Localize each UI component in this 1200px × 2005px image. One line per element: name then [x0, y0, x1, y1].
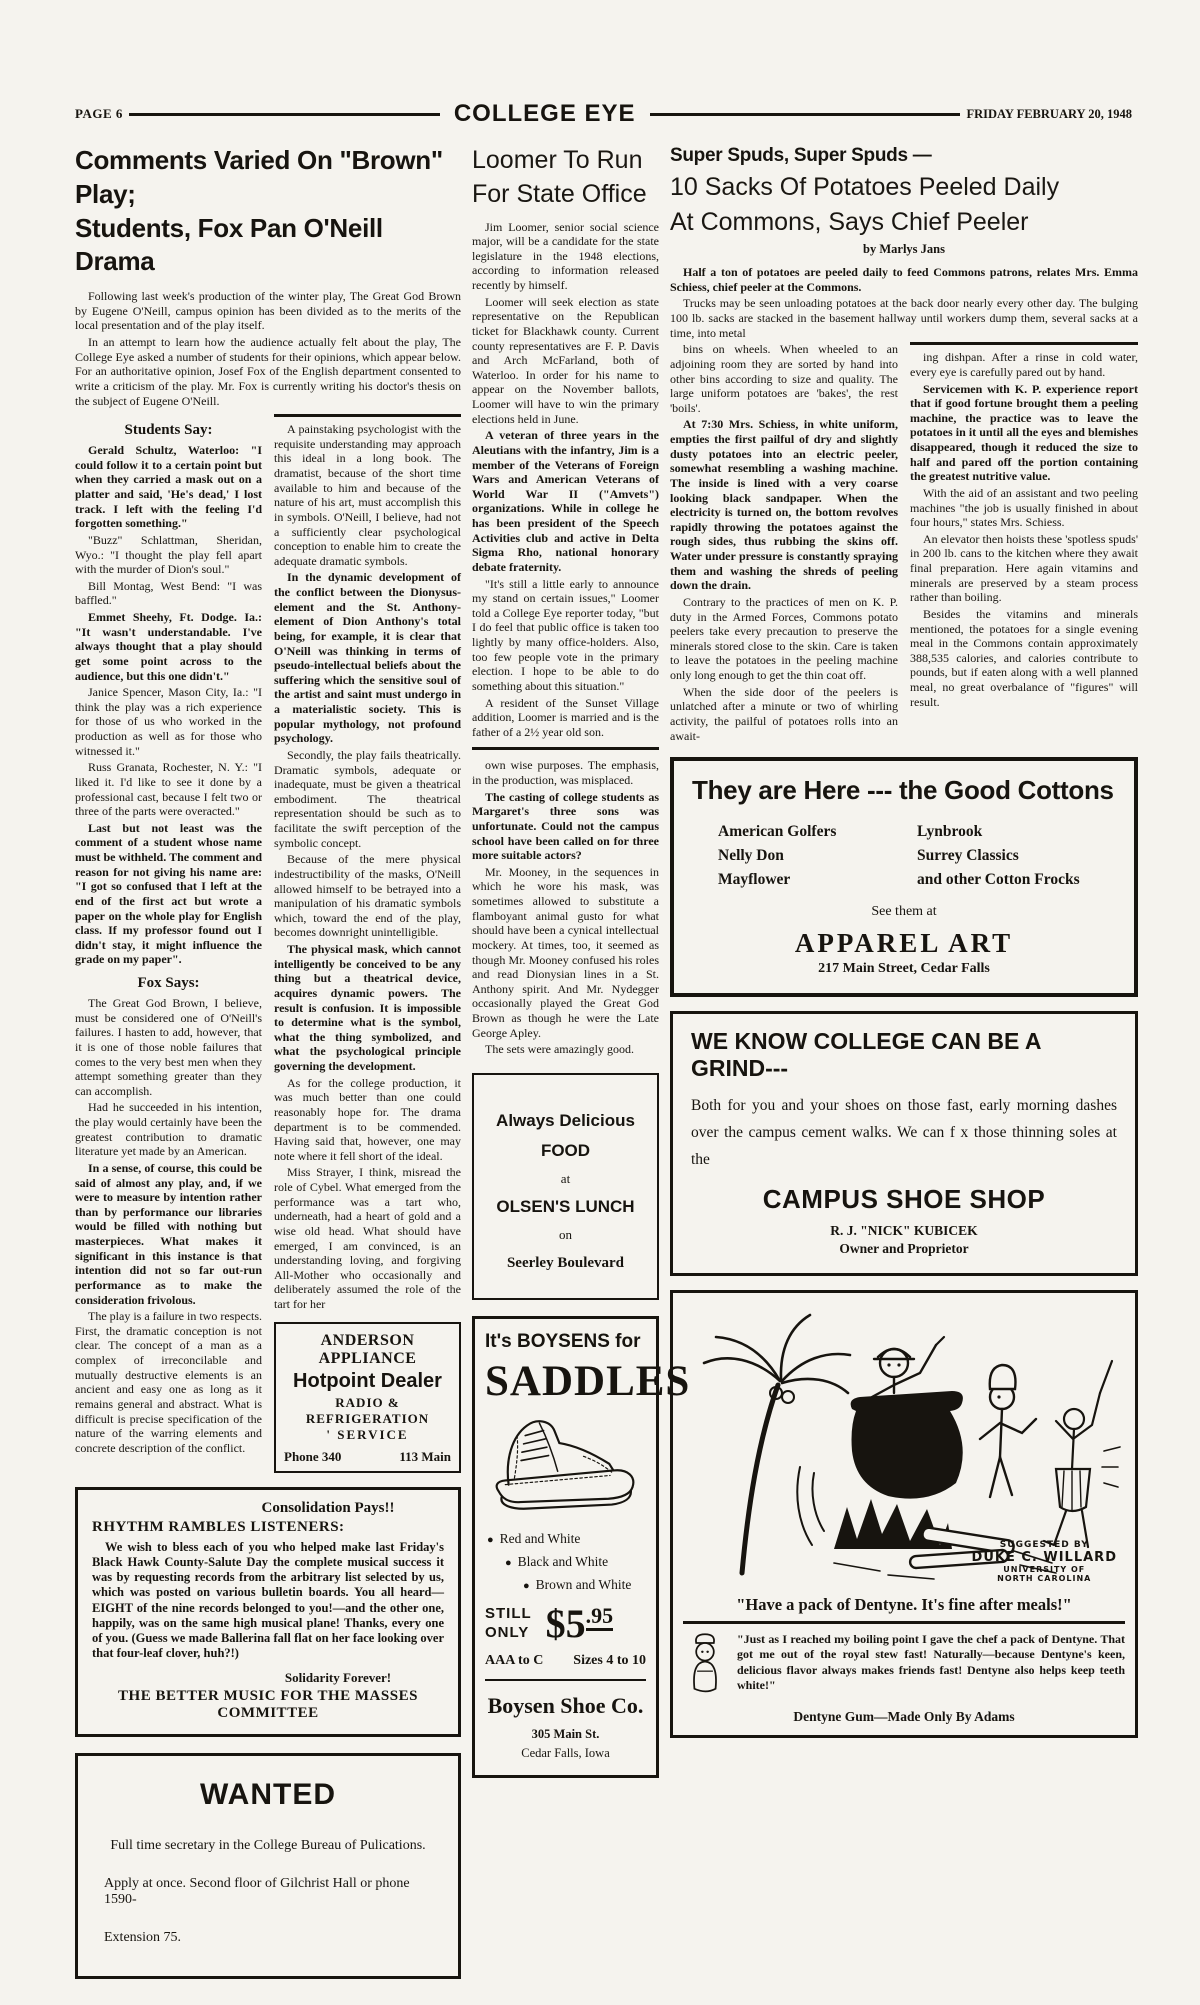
loomer-headline: Loomer To Run For State Office [472, 144, 659, 212]
paragraph: Mr. Mooney, in the sequences in which he… [472, 865, 659, 1041]
cottons-title: They are Here --- the Good Cottons [692, 775, 1116, 806]
apparel-art-address: 217 Main Street, Cedar Falls [692, 961, 1116, 977]
paragraph: Russ Granata, Rochester, N. Y.: "I liked… [75, 760, 262, 819]
paragraph: ing dishpan. After a rinse in cold water… [910, 350, 1138, 379]
chef-ghost-icon [683, 1632, 727, 1703]
brown-play-col1: Students Say: Gerald Schultz, Waterloo: … [75, 414, 262, 1473]
paragraph: "Buzz" Schlattman, Sheridan, Wyo.: "I th… [75, 533, 262, 577]
page-number: PAGE 6 [75, 106, 123, 122]
dentyne-footer: Dentyne Gum—Made Only By Adams [683, 1709, 1125, 1725]
super-spuds-col2: ing dishpan. After a rinse in cold water… [910, 342, 1138, 745]
boysens-saddles-ad: It's BOYSENS for SADDLES [472, 1316, 659, 1778]
newspaper-page: PAGE 6 COLLEGE EYE FRIDAY FEBRUARY 20, 1… [0, 0, 1200, 2005]
byline: by Marlys Jans [670, 242, 1138, 257]
paragraph: In a sense, of course, this could be sai… [75, 1161, 262, 1307]
paragraph: Janice Spencer, Mason City, Ia.: "I thin… [75, 685, 262, 758]
rhythm-sig2: THE BETTER MUSIC FOR THE MASSES COMMITTE… [92, 1688, 444, 1722]
olsens-street: Seerley Boulevard [482, 1255, 649, 1272]
paragraph: When the side door of the peelers is unl… [670, 685, 898, 744]
dentyne-cartoon: SUGGESTED BY DUKE C. WILLARD UNIVERSITY … [683, 1301, 1125, 1589]
paragraph: In an attempt to learn how the audience … [75, 335, 461, 408]
paragraph: A resident of the Sunset Village additio… [472, 696, 659, 740]
paragraph: At 7:30 Mrs. Schiess, in white uniform, … [670, 417, 898, 593]
bullet-icon: ● [487, 1534, 494, 1546]
super-spuds-headline: Super Spuds, Super Spuds — 10 Sacks Of P… [670, 144, 1138, 240]
paragraph: Lynbrook [917, 820, 1116, 844]
paragraph: The Great God Brown, I believe, must be … [75, 996, 262, 1098]
paragraph: The sets were amazingly good. [472, 1042, 659, 1057]
newspaper-title: COLLEGE EYE [446, 100, 644, 128]
fox-says-heading: Fox Says: [75, 975, 262, 992]
brown-play-col2: A painstaking psychologist with the requ… [274, 414, 461, 1473]
brown-play-intro: Following last week's production of the … [75, 289, 461, 408]
masthead-rule-right [650, 113, 961, 116]
middle-column: Loomer To Run For State Office Jim Loome… [472, 144, 659, 1778]
paragraph: A painstaking psychologist with the requ… [274, 422, 461, 568]
saddle-shoe-illustration [485, 1408, 646, 1523]
paragraph: Loomer will seek election as state repre… [472, 295, 659, 427]
paragraph: Gerald Schultz, Waterloo: "I could follo… [75, 443, 262, 531]
masthead-rule-left [129, 113, 440, 116]
paragraph: As for the college production, it was mu… [274, 1076, 461, 1164]
campus-shoe-shop-name: CAMPUS SHOE SHOP [691, 1184, 1117, 1215]
paragraph: Following last week's production of the … [75, 289, 461, 333]
paragraph: Besides the vitamins and minerals mentio… [910, 607, 1138, 709]
rhythm-rambles-box: Consolidation Pays!! RHYTHM RAMBLES LIST… [75, 1487, 461, 1737]
loomer-article: Jim Loomer, senior social science major,… [472, 220, 659, 740]
explorer-figure [872, 1337, 944, 1397]
super-spuds-col1: bins on wheels. When wheeled to an adjoi… [670, 342, 898, 745]
rhythm-sig1: Solidarity Forever! [232, 1670, 444, 1686]
paragraph: Emmet Sheehy, Ft. Dodge. Ia.: "It wasn't… [75, 610, 262, 683]
wanted-line1: Full time secretary in the College Burea… [104, 1838, 432, 1854]
boysens-product: SADDLES [485, 1357, 646, 1406]
dentyne-credits: SUGGESTED BY DUKE C. WILLARD UNIVERSITY … [972, 1540, 1117, 1583]
rhythm-heading: RHYTHM RAMBLES LISTENERS: [92, 1519, 444, 1536]
paragraph: Secondly, the play fails theatrically. D… [274, 748, 461, 850]
anderson-dealer: Hotpoint Dealer [284, 1370, 451, 1393]
paragraph: Because of the mere physical indestructi… [274, 852, 461, 940]
olsens-name: OLSEN'S LUNCH [482, 1197, 649, 1217]
boysens-price: STILL ONLY $5.95 [485, 1600, 646, 1647]
grind-title: WE KNOW COLLEGE CAN BE A GRIND--- [691, 1028, 1117, 1082]
rhythm-tagline: Consolidation Pays!! [212, 1500, 444, 1517]
super-spuds-columns: bins on wheels. When wheeled to an adjoi… [670, 342, 1138, 745]
dancer-figure [1044, 1361, 1120, 1547]
wanted-ad-box: WANTED Full time secretary in the Colleg… [75, 1753, 461, 1979]
paragraph: A veteran of three years in the Aleutian… [472, 428, 659, 574]
paragraph: Had he succeeded in his intention, the p… [75, 1100, 262, 1159]
olsens-lunch-ad: Always Delicious FOOD at OLSEN'S LUNCH o… [472, 1073, 659, 1300]
campus-shoe-shop-ad: WE KNOW COLLEGE CAN BE A GRIND--- Both f… [670, 1011, 1138, 1275]
paragraph: bins on wheels. When wheeled to an adjoi… [670, 342, 898, 415]
paragraph: Servicemen with K. P. experience report … [910, 382, 1138, 484]
cottons-list-left: American GolfersNelly DonMayflower [718, 820, 917, 892]
paragraph: In the dynamic development of the confli… [274, 570, 461, 746]
brown-play-columns: Students Say: Gerald Schultz, Waterloo: … [75, 414, 461, 1473]
paragraph: The play is a failure in two respects. F… [75, 1309, 262, 1455]
super-spuds-lead: Half a ton of potatoes are peeled daily … [670, 265, 1138, 340]
bullet-icon: ● [505, 1557, 512, 1569]
page-content: Comments Varied On "Brown" Play; Student… [75, 144, 1132, 1979]
apparel-art-ad: They are Here --- the Good Cottons Ameri… [670, 757, 1138, 997]
wanted-line3: Extension 75. [104, 1930, 432, 1946]
anderson-appliance-ad: ANDERSON APPLIANCE Hotpoint Dealer RADIO… [274, 1322, 461, 1473]
palm-tree-illustration [704, 1315, 850, 1573]
chef-figure [980, 1365, 1036, 1497]
anderson-address: 113 Main [399, 1449, 451, 1465]
students-say-heading: Students Say: [75, 422, 262, 439]
apparel-art-name: APPAREL ART [692, 928, 1116, 959]
paragraph: Last but not least was the comment of a … [75, 821, 262, 967]
rhythm-body: We wish to bless each of you who helped … [92, 1540, 444, 1662]
wanted-line2: Apply at once. Second floor of Gilchrist… [104, 1876, 432, 1908]
right-section: Super Spuds, Super Spuds — 10 Sacks Of P… [670, 144, 1138, 1738]
left-section: Comments Varied On "Brown" Play; Student… [75, 144, 461, 1979]
boysens-company: Boysen Shoe Co. [485, 1679, 646, 1719]
cottons-list-right: LynbrookSurrey Classicsand other Cotton … [917, 820, 1116, 892]
divider-rule [472, 747, 659, 750]
paragraph: Mayflower [718, 868, 917, 892]
brown-play-headline: Comments Varied On "Brown" Play; Student… [75, 144, 461, 279]
boysens-header: It's BOYSENS for [485, 1331, 646, 1353]
paragraph: Half a ton of potatoes are peeled daily … [670, 265, 1138, 294]
paragraph: own wise purposes. The emphasis, in the … [472, 758, 659, 787]
bullet-icon: ● [523, 1580, 530, 1592]
dentyne-caption: "Have a pack of Dentyne. It's fine after… [683, 1595, 1125, 1615]
grind-body: Both for you and your shoes on those fas… [691, 1092, 1117, 1173]
paragraph: "It's still a little early to announce m… [472, 577, 659, 694]
fox-continuation: own wise purposes. The emphasis, in the … [472, 758, 659, 1057]
paragraph: Miss Strayer, I think, misread the role … [274, 1165, 461, 1311]
paragraph: The casting of college students as Marga… [472, 790, 659, 863]
masthead: PAGE 6 COLLEGE EYE FRIDAY FEBRUARY 20, 1… [75, 100, 1132, 128]
paragraph: An elevator then hoists these 'spotless … [910, 532, 1138, 605]
paragraph: The physical mask, which cannot intellig… [274, 942, 461, 1074]
paragraph: and other Cotton Frocks [917, 868, 1116, 892]
paragraph: Surrey Classics [917, 844, 1116, 868]
paragraph: With the aid of an assistant and two pee… [910, 486, 1138, 530]
issue-date: FRIDAY FEBRUARY 20, 1948 [966, 107, 1132, 122]
dentyne-gum-ad: SUGGESTED BY DUKE C. WILLARD UNIVERSITY … [670, 1290, 1138, 1738]
dentyne-quote: "Just as I reached my boiling point I ga… [737, 1632, 1125, 1694]
paragraph: Bill Montag, West Bend: "I was baffled." [75, 579, 262, 608]
anderson-phone: Phone 340 [284, 1449, 341, 1465]
wanted-title: WANTED [104, 1778, 432, 1812]
anderson-name: ANDERSON APPLIANCE [284, 1332, 451, 1368]
paragraph: Nelly Don [718, 844, 917, 868]
paragraph: Trucks may be seen unloading potatoes at… [670, 296, 1138, 340]
paragraph: Contrary to the practices of men on K. P… [670, 595, 898, 683]
paragraph: Jim Loomer, senior social science major,… [472, 220, 659, 293]
paragraph: American Golfers [718, 820, 917, 844]
